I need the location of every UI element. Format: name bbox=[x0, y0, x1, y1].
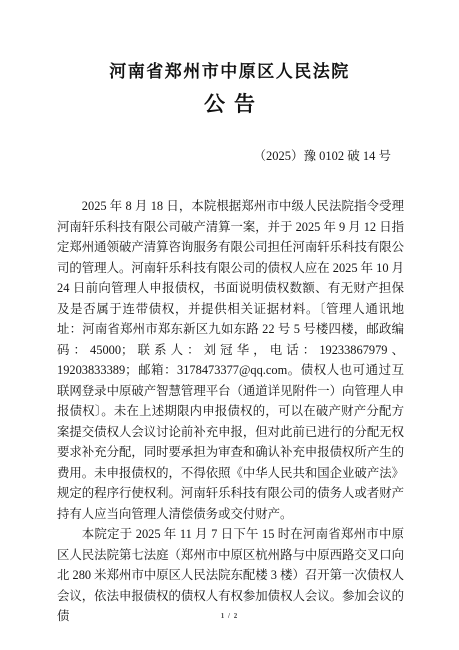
court-name: 河南省郑州市中原区人民法院 bbox=[0, 57, 459, 82]
case-number: （2025）豫 0102 破 14 号 bbox=[253, 146, 391, 164]
paragraph-filing-notice: 2025 年 8 月 18 日，本院根据郑州市中级人民法院指令受理河南轩乐科技有… bbox=[57, 196, 404, 524]
page-indicator: 1 / 2 bbox=[0, 612, 459, 620]
notice-title: 公告 bbox=[0, 88, 459, 118]
document-page: 河南省郑州市中原区人民法院 公告 （2025）豫 0102 破 14 号 202… bbox=[0, 0, 459, 650]
notice-body: 2025 年 8 月 18 日，本院根据郑州市中级人民法院指令受理河南轩乐科技有… bbox=[57, 196, 404, 627]
